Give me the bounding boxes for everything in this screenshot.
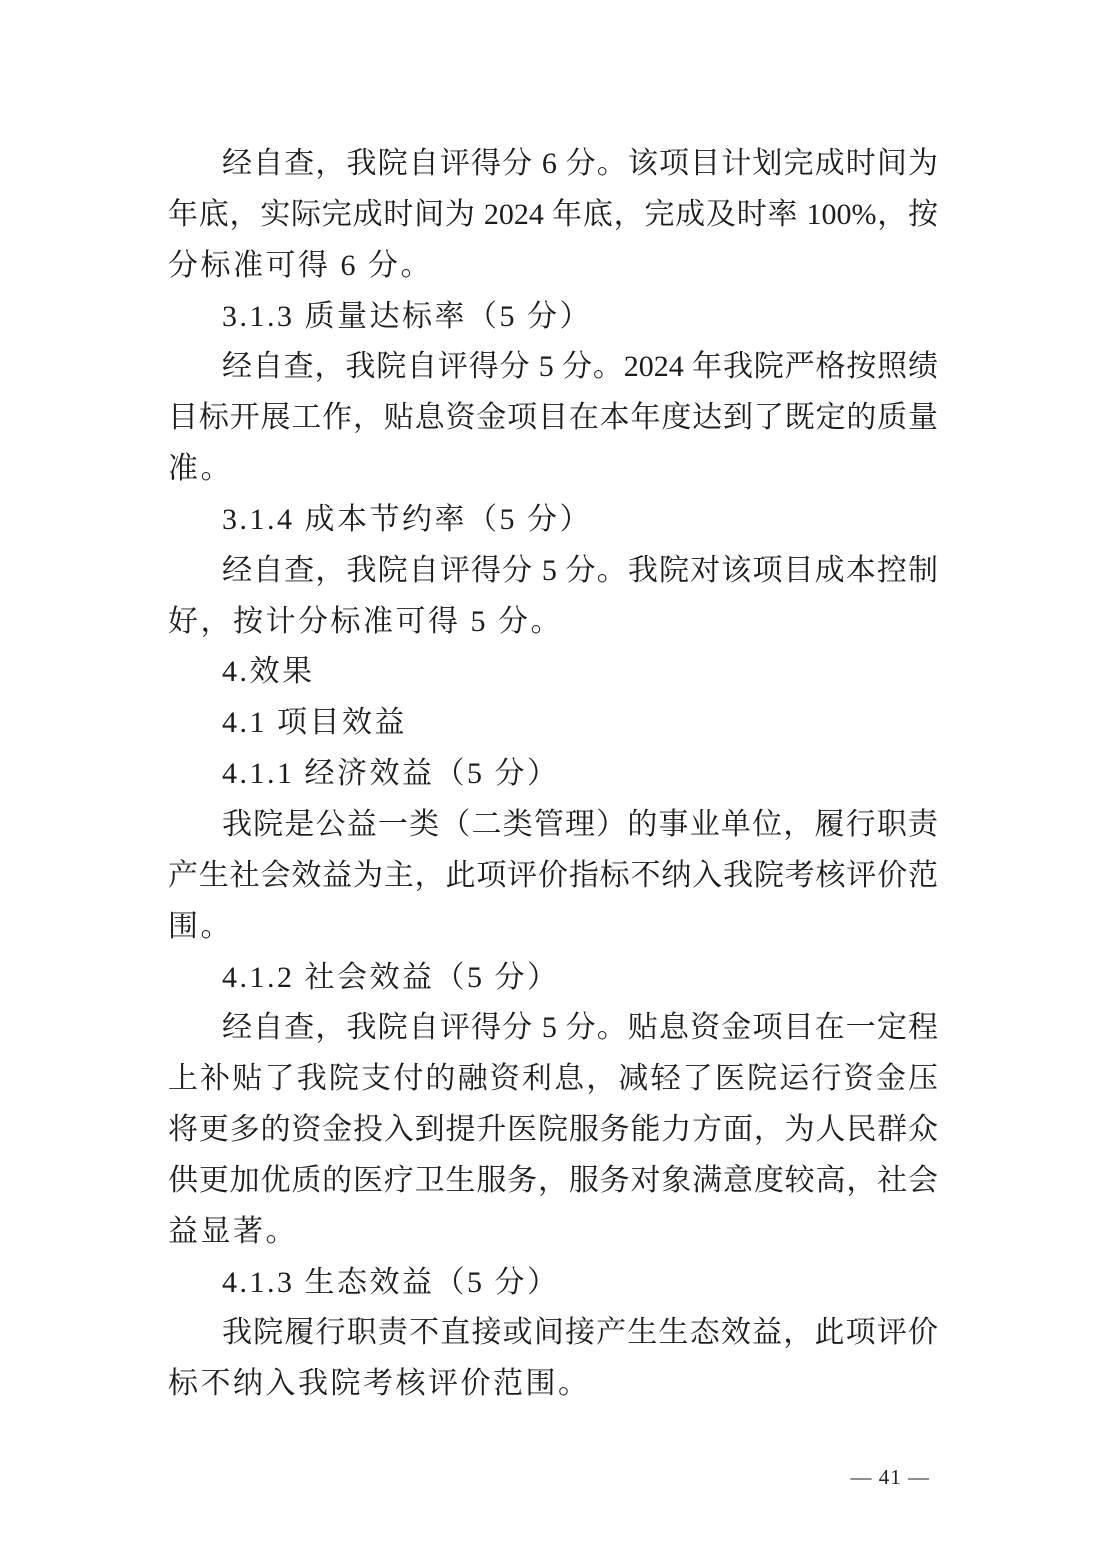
text-line: 分标准可得 6 分。 (168, 241, 938, 292)
text-line: 3.1.3 质量达标率（5 分） (168, 292, 938, 343)
text-line: 4.效果 (168, 647, 938, 698)
text-line: 供更加优质的医疗卫生服务，服务对象满意度较高，社会效 (168, 1156, 938, 1207)
text-line: 经自查，我院自评得分 5 分。2024 年我院严格按照绩效 (168, 342, 938, 393)
text-line: 目标开展工作，贴息资金项目在本年度达到了既定的质量标 (168, 393, 938, 444)
text-line: 围。 (168, 902, 938, 953)
text-line: 将更多的资金投入到提升医院服务能力方面，为人民群众提 (168, 1105, 938, 1156)
text-line: 准。 (168, 444, 938, 495)
text-line: 好，按计分标准可得 5 分。 (168, 597, 938, 648)
document-lines: 经自查，我院自评得分 6 分。该项目计划完成时间为 2024年底，实际完成时间为… (168, 139, 938, 1410)
text-line: 年底，实际完成时间为 2024 年底，完成及时率 100%，按计 (168, 190, 938, 241)
text-line: 4.1.1 经济效益（5 分） (168, 749, 938, 800)
text-line: 我院是公益一类（二类管理）的事业单位，履行职责以 (168, 800, 938, 851)
text-line: 4.1 项目效益 (168, 698, 938, 749)
text-line: 4.1.3 生态效益（5 分） (168, 1258, 938, 1309)
text-line: 我院履行职责不直接或间接产生生态效益，此项评价指 (168, 1308, 938, 1359)
text-line: 3.1.4 成本节约率（5 分） (168, 495, 938, 546)
document-page: 经自查，我院自评得分 6 分。该项目计划完成时间为 2024年底，实际完成时间为… (0, 0, 1100, 1555)
text-line: 经自查，我院自评得分 6 分。该项目计划完成时间为 2024 (168, 139, 938, 190)
text-line: 产生社会效益为主，此项评价指标不纳入我院考核评价范 (168, 851, 938, 902)
text-line: 标不纳入我院考核评价范围。 (168, 1359, 938, 1410)
text-line: 4.1.2 社会效益（5 分） (168, 953, 938, 1004)
page-number: — 41 — (851, 1467, 931, 1488)
text-line: 上补贴了我院支付的融资利息，减轻了医院运行资金压力， (168, 1054, 938, 1105)
text-line: 经自查，我院自评得分 5 分。我院对该项目成本控制较 (168, 546, 938, 597)
text-line: 经自查，我院自评得分 5 分。贴息资金项目在一定程度 (168, 1003, 938, 1054)
text-line: 益显著。 (168, 1207, 938, 1258)
